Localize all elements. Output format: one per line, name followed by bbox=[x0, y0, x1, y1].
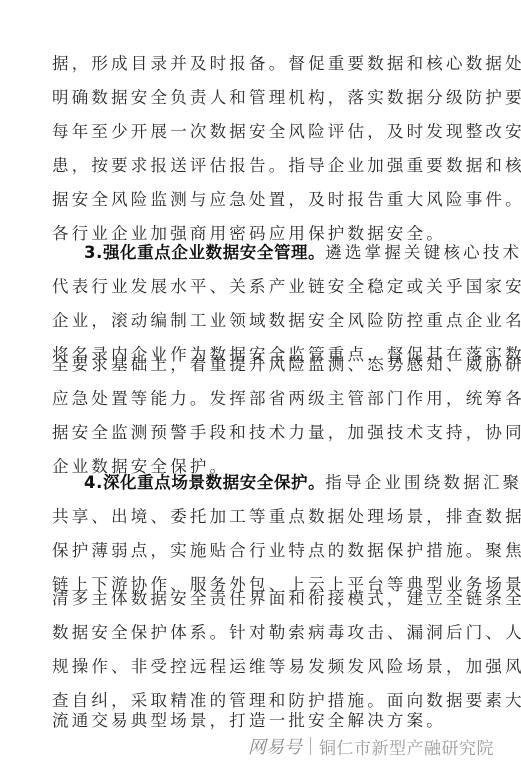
section-3-first-line: 3.强化重点企业数据安全管理。遴选掌握关键核心技术、 bbox=[84, 240, 504, 266]
body-line: 清多主体数据安全责任界面和衔接模式，建立全链条全方位 bbox=[52, 586, 472, 612]
body-line: 据安全风险监测与应急处置，及时报告重大风险事件。推动 bbox=[52, 187, 472, 213]
body-line: 规操作、非受控远程运维等易发频发风险场景，加强风险自 bbox=[52, 654, 472, 680]
separator bbox=[310, 737, 311, 755]
body-line: 流通交易典型场景，打造一批安全解决方案。 bbox=[52, 708, 472, 734]
body-line: 应急处置等能力。发挥部省两级主管部门作用，统筹各方数 bbox=[52, 386, 472, 412]
body-line: 企业，滚动编制工业领域数据安全风险防控重点企业名录。 bbox=[52, 308, 472, 334]
section-3-heading: 3.强化重点企业数据安全管理。 bbox=[84, 243, 325, 262]
document-page: 据，形成目录并及时报备。督促重要数据和核心数据处理者 明确数据安全负责人和管理机… bbox=[0, 0, 521, 767]
body-line: 患，按要求报送评估报告。指导企业加强重要数据和核心数 bbox=[52, 153, 472, 179]
body-line: 据，形成目录并及时报备。督促重要数据和核心数据处理者 bbox=[52, 51, 472, 77]
body-line: 全要求基础上，着重提升风险监测、态势感知、威胁研判和 bbox=[52, 352, 472, 378]
body-line: 明确数据安全负责人和管理机构，落实数据分级防护要求， bbox=[52, 85, 472, 111]
section-4-heading: 4.深化重点场景数据安全保护。 bbox=[84, 473, 325, 492]
watermark: 网易号 铜仁市新型产融研究院 bbox=[248, 733, 494, 759]
body-line: 据安全监测预警手段和技术力量，加强技术支持，协同做好 bbox=[52, 420, 472, 446]
netease-logo-icon: 网易号 bbox=[248, 733, 302, 759]
section-4-first-line: 4.深化重点场景数据安全保护。指导企业围绕数据汇聚、 bbox=[84, 470, 504, 496]
body-line: 数据安全保护体系。针对勒索病毒攻击、漏洞后门、人员违 bbox=[52, 620, 472, 646]
section-4-first-line-text: 指导企业围绕数据汇聚、 bbox=[325, 473, 521, 492]
body-line: 每年至少开展一次数据安全风险评估，及时发现整改安全隐 bbox=[52, 119, 472, 145]
watermark-source: 铜仁市新型产融研究院 bbox=[319, 734, 494, 759]
section-3-first-line-text: 遴选掌握关键核心技术、 bbox=[325, 243, 521, 262]
body-line: 代表行业发展水平、关系产业链安全稳定或关乎国家安全的 bbox=[52, 274, 472, 300]
body-line: 保护薄弱点，实施贴合行业特点的数据保护措施。聚焦供应 bbox=[52, 538, 472, 564]
body-line: 共享、出境、委托加工等重点数据处理场景，排查数据安全 bbox=[52, 504, 472, 530]
